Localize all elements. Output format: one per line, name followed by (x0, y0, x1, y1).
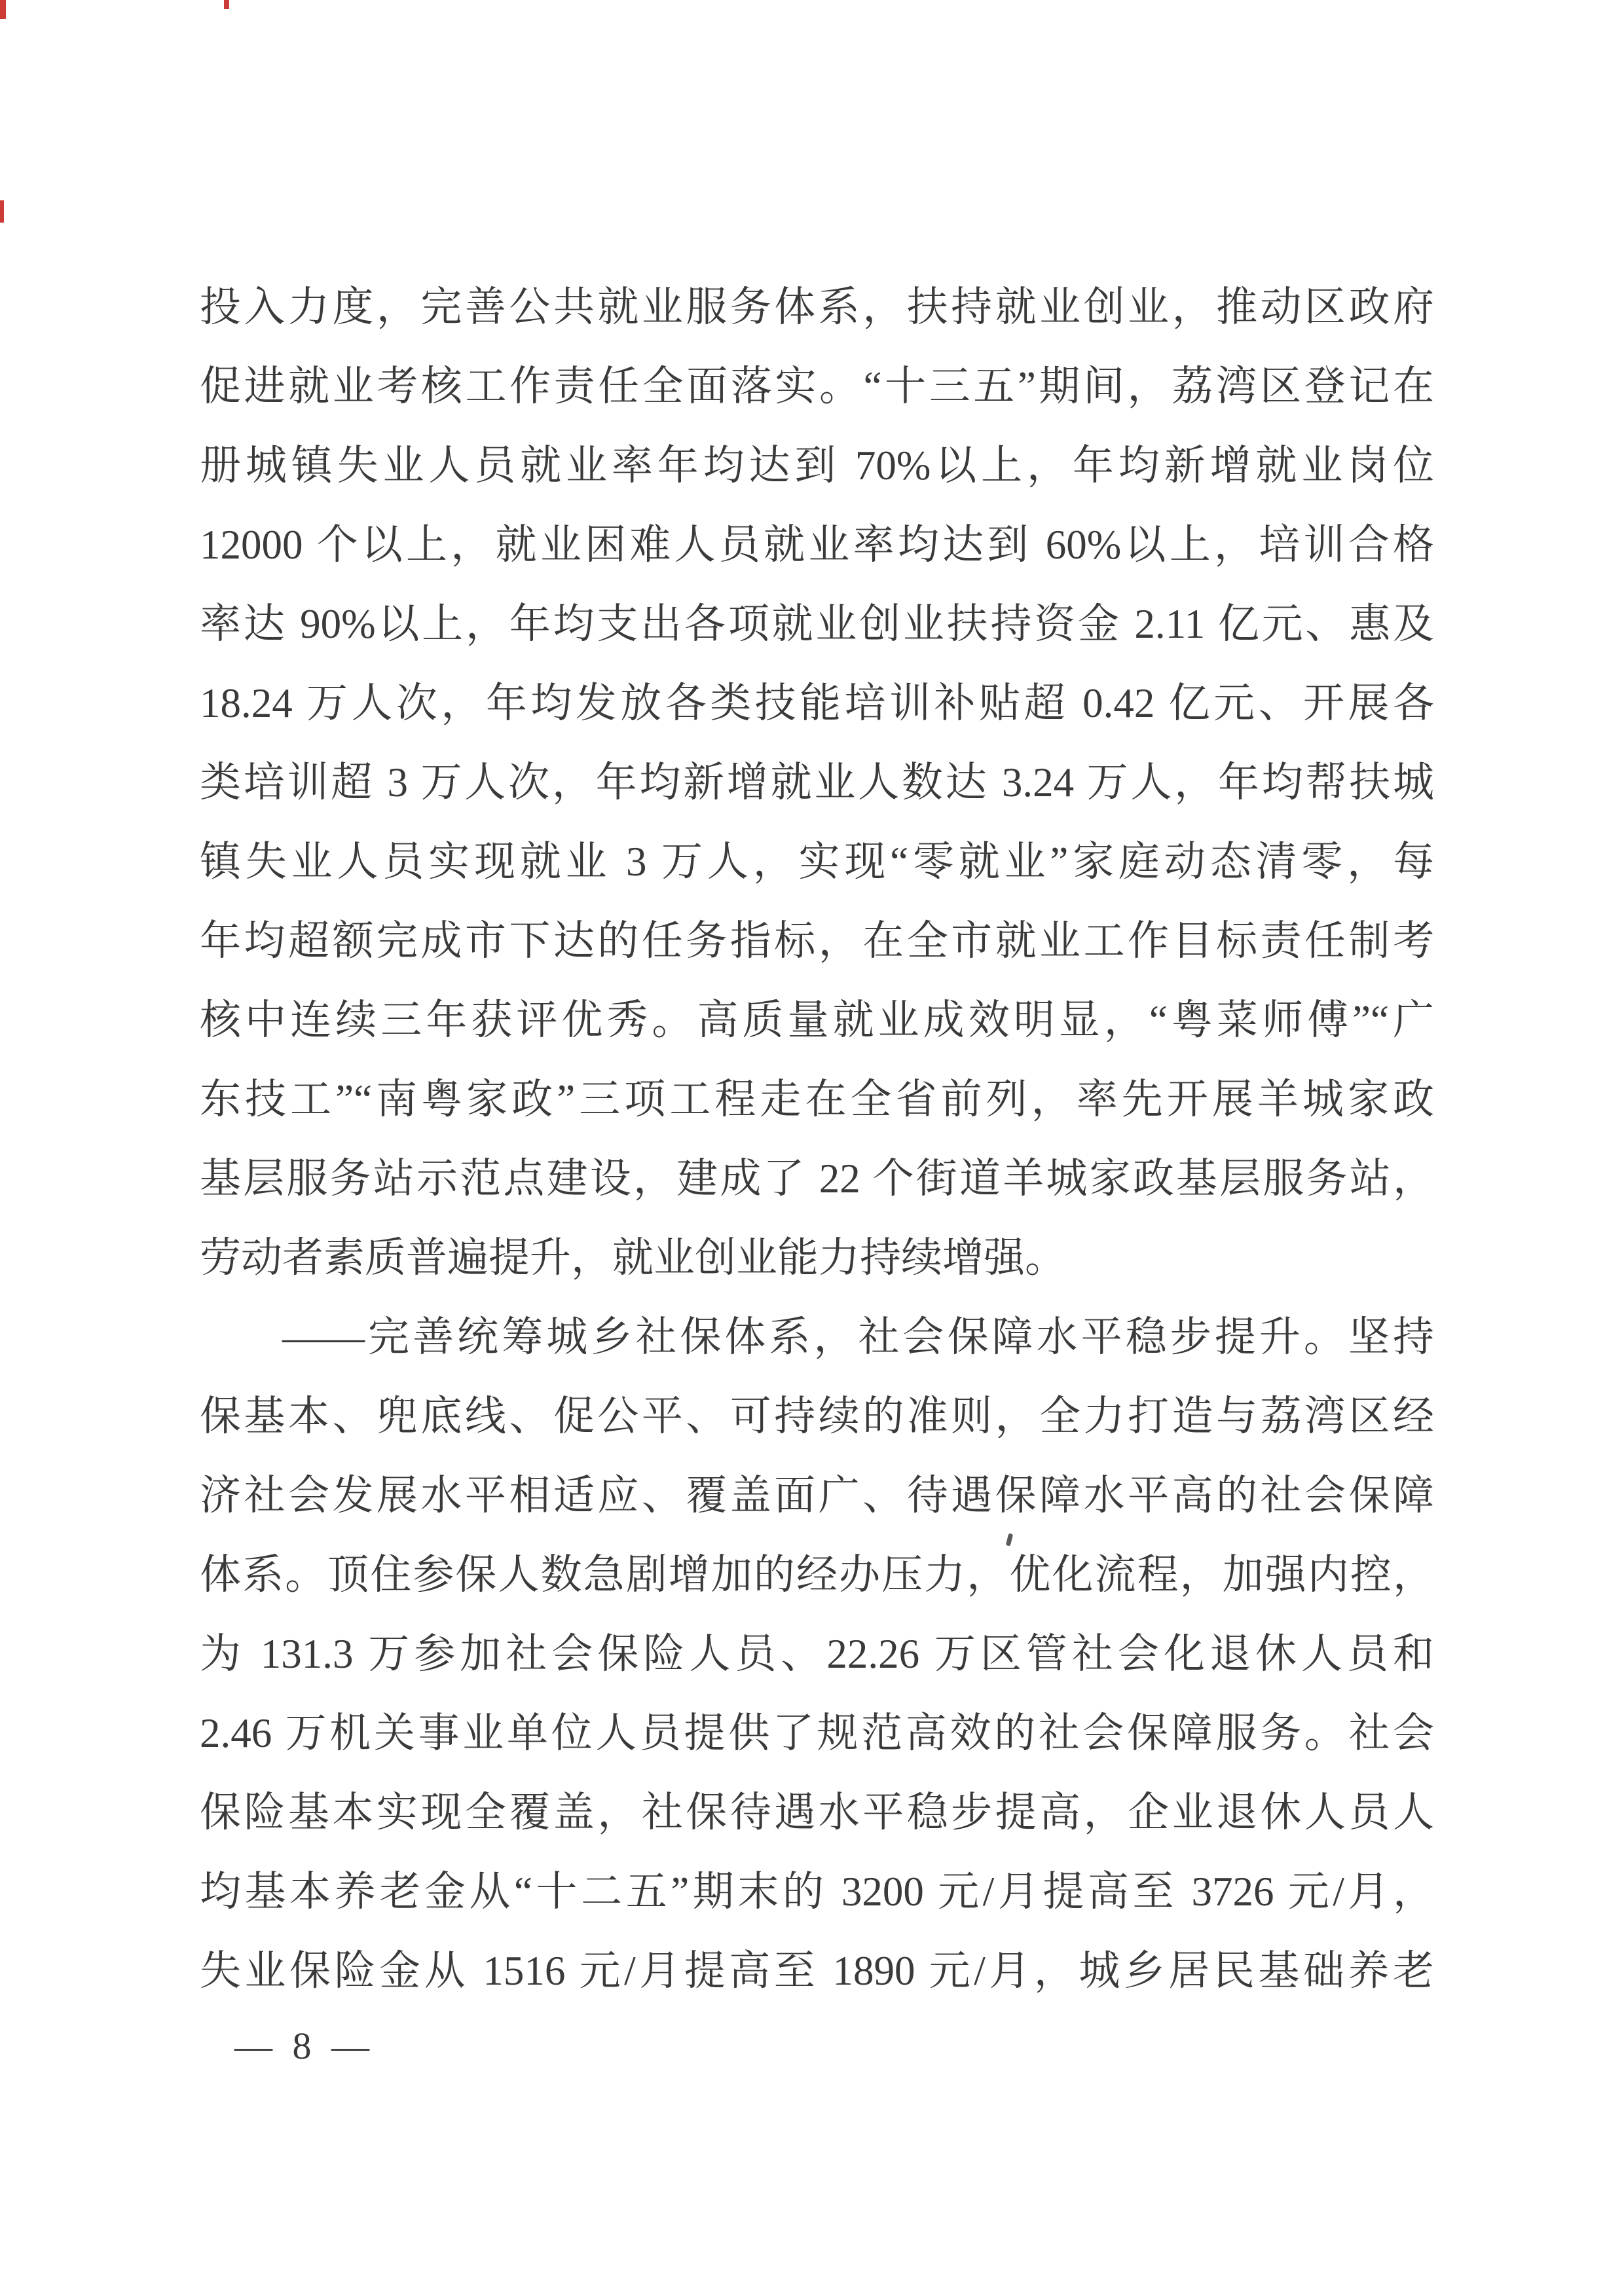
text-line: 册城镇失业人员就业率年均达到 70%以上，年均新增就业岗位 (200, 426, 1434, 505)
text-line: 体系。顶住参保人数急剧增加的经办压力，优化流程，加强内控， (200, 1535, 1434, 1615)
text-line: 类培训超 3 万人次，年均新增就业人数达 3.24 万人，年均帮扶城 (200, 743, 1434, 822)
text-line: 东技工”“南粤家政”三项工程走在全省前列，率先开展羊城家政 (200, 1060, 1434, 1139)
text-line: 率达 90%以上，年均支出各项就业创业扶持资金 2.11 亿元、惠及 (200, 585, 1434, 664)
text-line: 投入力度，完善公共就业服务体系，扶持就业创业，推动区政府 (200, 268, 1434, 347)
document-page: 投入力度，完善公共就业服务体系，扶持就业创业，推动区政府促进就业考核工作责任全面… (0, 0, 1624, 2295)
text-line: 失业保险金从 1516 元/月提高至 1890 元/月，城乡居民基础养老 (200, 1932, 1434, 2011)
text-line: 18.24 万人次，年均发放各类技能培训补贴超 0.42 亿元、开展各 (200, 664, 1434, 743)
text-line: ——完善统筹城乡社保体系，社会保障水平稳步提升。坚持 (200, 1298, 1434, 1377)
text-block: 投入力度，完善公共就业服务体系，扶持就业创业，推动区政府促进就业考核工作责任全面… (200, 268, 1434, 2011)
text-line: 为 131.3 万参加社会保险人员、22.26 万区管社会化退休人员和 (200, 1615, 1434, 1694)
text-line: 保基本、兜底线、促公平、可持续的准则，全力打造与荔湾区经 (200, 1377, 1434, 1456)
text-line: 12000 个以上，就业困难人员就业率均达到 60%以上，培训合格 (200, 505, 1434, 585)
scan-artifact-red-mark (0, 200, 4, 223)
text-line: 基层服务站示范点建设，建成了 22 个街道羊城家政基层服务站， (200, 1139, 1434, 1219)
page-number: — 8 — (234, 2022, 375, 2070)
text-line: 保险基本实现全覆盖，社保待遇水平稳步提高，企业退休人员人 (200, 1773, 1434, 1852)
scan-artifact-red-mark (0, 0, 6, 19)
text-line: 劳动者素质普遍提升，就业创业能力持续增强。 (200, 1219, 1434, 1298)
text-line: 2.46 万机关事业单位人员提供了规范高效的社会保障服务。社会 (200, 1694, 1434, 1773)
text-line: 促进就业考核工作责任全面落实。“十三五”期间，荔湾区登记在 (200, 347, 1434, 426)
text-line: 镇失业人员实现就业 3 万人，实现“零就业”家庭动态清零，每 (200, 822, 1434, 902)
scan-artifact-red-mark (224, 0, 229, 9)
text-line: 年均超额完成市下达的任务指标，在全市就业工作目标责任制考 (200, 902, 1434, 981)
text-line: 核中连续三年获评优秀。高质量就业成效明显，“粤菜师傅”“广 (200, 981, 1434, 1060)
text-line: 济社会发展水平相适应、覆盖面广、待遇保障水平高的社会保障 (200, 1456, 1434, 1535)
text-line: 均基本养老金从“十二五”期末的 3200 元/月提高至 3726 元/月， (200, 1852, 1434, 1932)
